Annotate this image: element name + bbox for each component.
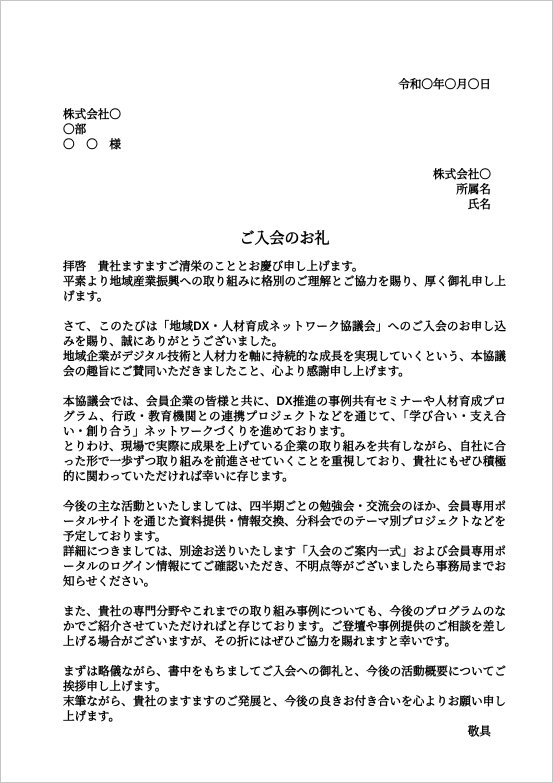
letter-page: 令和〇年〇月〇日 株式会社〇 〇部 〇 〇 様 株式会社〇 所属名 氏名 ご入会… (0, 0, 553, 783)
letter-paragraph-upcoming-plans: 今後の主な活動といたしましては、四半期ごとの勉強会・交流会のほか、会員専用ポータ… (63, 499, 506, 589)
letter-body: 拝啓 貴社ますますご清栄のこととお慶び申し上げます。 平素より地域産業振興への取… (63, 259, 506, 724)
letter-date: 令和〇年〇月〇日 (63, 77, 506, 92)
recipient-block: 株式会社〇 〇部 〇 〇 様 (63, 107, 506, 152)
closing-word: 敬具 (63, 724, 506, 739)
letter-paragraph-council-activities: 本協議会では、会員企業の皆様と共に、DX推進の事例共有セミナーや人材育成プログラ… (63, 394, 506, 484)
letter-paragraph-greeting: 拝啓 貴社ますますご清栄のこととお慶び申し上げます。 平素より地域産業振興への取… (63, 259, 506, 304)
sender-block: 株式会社〇 所属名 氏名 (63, 167, 506, 212)
letter-paragraph-thanks-for-joining: さて、このたびは「地域DX・人材育成ネットワーク協議会」へのご入会のお申し込みを… (63, 319, 506, 379)
letter-paragraph-final-greetings: まずは略儀ながら、書中をもちましてご入会への御礼と、今後の活動概要についてご挨拶… (63, 664, 506, 724)
letter-paragraph-case-introduction: また、貴社の専門分野やこれまでの取り組み事例についても、今後のプログラムのなかで… (63, 604, 506, 649)
letter-title: ご入会のお礼 (63, 229, 506, 249)
